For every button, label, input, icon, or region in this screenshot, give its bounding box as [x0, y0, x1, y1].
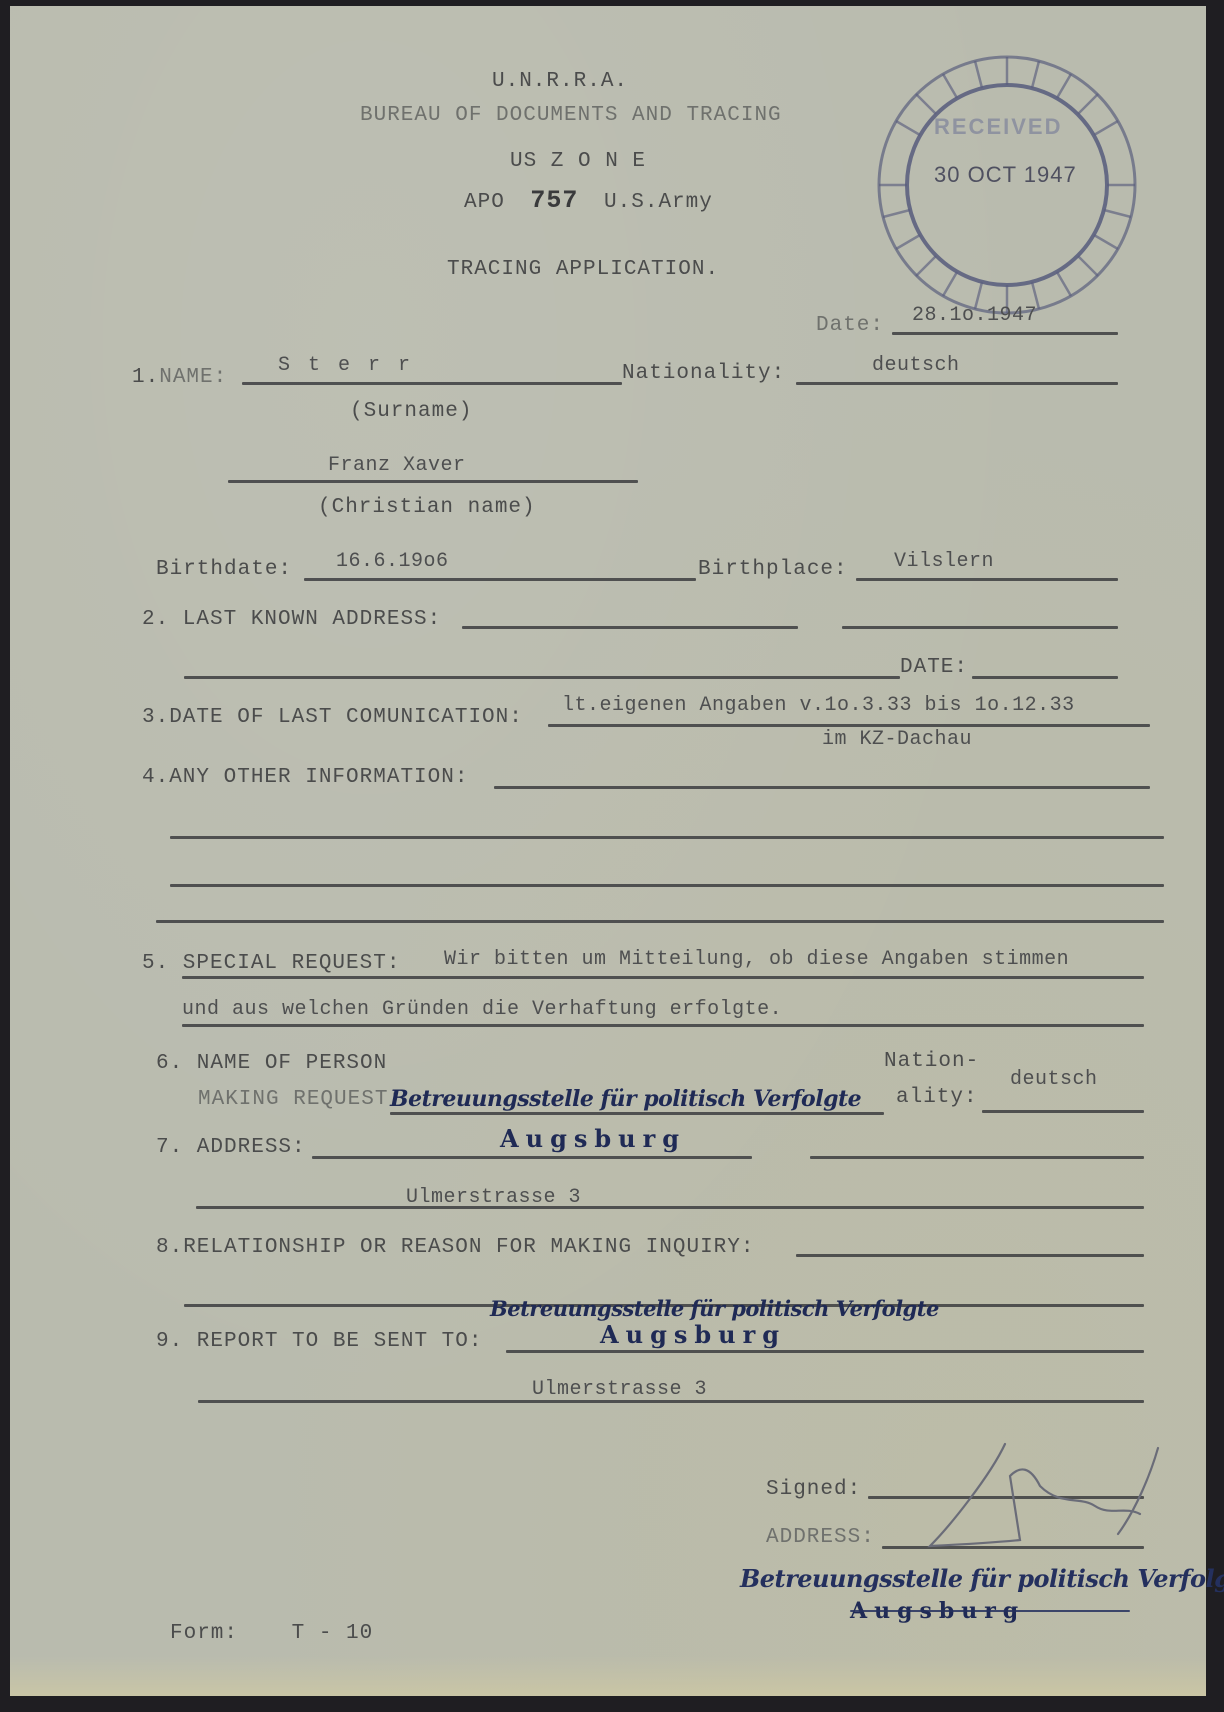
date-underline	[892, 332, 1118, 335]
requester-nationality-underline	[982, 1110, 1144, 1113]
apo-suffix: U.S.Army	[604, 191, 713, 214]
requester-nationality-label-1: Nation-	[884, 1050, 979, 1073]
requester-name-stamp: Betreuungsstelle für politisch Verfolgte	[390, 1086, 861, 1112]
birthplace-underline	[856, 578, 1118, 581]
relationship-stamp: Betreuungsstelle für politisch Verfolgte	[490, 1296, 939, 1321]
other-information-label: 4.ANY OTHER INFORMATION:	[142, 766, 468, 789]
last-address-date-label: DATE:	[900, 656, 968, 679]
surname-value: S t e r r	[278, 354, 413, 377]
report-recipient-underline-2	[198, 1400, 1144, 1403]
requester-address-underline-1b	[810, 1156, 1144, 1159]
other-information-line-1	[494, 786, 1150, 789]
last-known-address-line-1a	[462, 626, 798, 629]
last-known-address-label: 2. LAST KNOWN ADDRESS:	[142, 608, 441, 631]
date-value: 28.1o.1947	[912, 304, 1037, 327]
report-recipient-city-stamp: Augsburg	[600, 1320, 786, 1349]
relationship-label: 8.RELATIONSHIP OR REASON FOR MAKING INQU…	[156, 1236, 755, 1259]
form-label: Form:	[170, 1622, 238, 1645]
birthplace-value: Vilslern	[894, 550, 994, 573]
zone-title: US Z O N E	[510, 150, 646, 173]
requester-name-underline	[390, 1112, 884, 1115]
section-number: 1.	[132, 366, 159, 389]
report-recipient-street: Ulmerstrasse 3	[532, 1378, 707, 1401]
requester-name-label-2: MAKING REQUEST:	[198, 1088, 402, 1111]
special-request-value-2: und aus welchen Gründen die Verhaftung e…	[182, 998, 782, 1021]
last-communication-label: 3.DATE OF LAST COMUNICATION:	[142, 706, 523, 729]
requester-address-label: 7. ADDRESS:	[156, 1136, 306, 1159]
report-recipient-underline-1	[506, 1350, 1144, 1353]
nationality-underline	[796, 382, 1118, 385]
special-request-label: 5. SPECIAL REQUEST:	[142, 952, 400, 975]
other-information-line-4	[156, 920, 1164, 923]
relationship-underline-1	[796, 1254, 1144, 1257]
special-request-underline-1	[182, 976, 1144, 979]
apo-prefix: APO	[464, 191, 505, 214]
nationality-value: deutsch	[872, 354, 960, 377]
requester-nationality-value: deutsch	[1010, 1068, 1098, 1091]
signature-city-strikeline	[850, 1610, 1130, 1612]
received-date: 30 OCT 1947	[934, 162, 1077, 188]
received-label: RECEIVED	[934, 114, 1062, 140]
received-stamp: RECEIVED 30 OCT 1947	[872, 50, 1142, 320]
report-recipient-label: 9. REPORT TO BE SENT TO:	[156, 1330, 482, 1353]
last-communication-value-2: im KZ-Dachau	[822, 728, 972, 751]
signature-organization-stamp: Betreuungsstelle für politisch Verfolgte	[740, 1564, 1224, 1593]
nationality-label: Nationality:	[622, 362, 785, 385]
requester-address-city-stamp: Augsburg	[500, 1124, 686, 1153]
birthdate-underline	[304, 578, 696, 581]
date-label: Date:	[816, 314, 884, 337]
org-title: U.N.R.R.A.	[492, 70, 628, 93]
last-address-date-underline	[972, 676, 1118, 679]
signature-address-label: ADDRESS:	[766, 1526, 875, 1549]
christian-name-value: Franz Xaver	[328, 454, 466, 477]
other-information-line-3	[170, 884, 1164, 887]
name-label-text: NAME:	[159, 366, 227, 389]
birthdate-value: 16.6.19o6	[336, 550, 449, 573]
surname-caption: (Surname)	[350, 400, 472, 423]
form-title: TRACING APPLICATION.	[447, 258, 719, 281]
name-label: 1.NAME:	[132, 366, 227, 389]
apo-number: 757	[530, 186, 578, 215]
requester-nationality-label-2: ality:	[896, 1086, 978, 1109]
apo-line: APO 757 U.S.Army	[464, 186, 713, 215]
birthplace-label: Birthplace:	[698, 558, 848, 581]
other-information-line-2	[170, 836, 1164, 839]
requester-address-underline-2	[196, 1206, 1144, 1209]
surname-underline	[242, 382, 622, 385]
special-request-value-1: Wir bitten um Mitteilung, ob diese Angab…	[444, 948, 1069, 971]
special-request-underline-2	[182, 1024, 1144, 1027]
tracing-application-document: U.N.R.R.A. BUREAU OF DOCUMENTS AND TRACI…	[10, 6, 1206, 1696]
requester-name-label-1: 6. NAME OF PERSON	[156, 1052, 387, 1075]
signed-label: Signed:	[766, 1478, 861, 1501]
last-communication-value-1: lt.eigenen Angaben v.1o.3.33 bis 1o.12.3…	[562, 694, 1075, 717]
last-known-address-line-1b	[842, 626, 1118, 629]
bureau-title: BUREAU OF DOCUMENTS AND TRACING	[360, 104, 782, 127]
christian-name-underline	[228, 480, 638, 483]
christian-name-caption: (Christian name)	[318, 496, 536, 519]
form-footer: Form: T - 10	[170, 1622, 373, 1645]
last-known-address-line-2	[184, 676, 900, 679]
form-number: T - 10	[292, 1622, 374, 1645]
requester-address-underline-1a	[312, 1156, 752, 1159]
handwritten-signature-icon	[910, 1436, 1170, 1556]
last-communication-underline	[548, 724, 1150, 727]
birthdate-label: Birthdate:	[156, 558, 292, 581]
